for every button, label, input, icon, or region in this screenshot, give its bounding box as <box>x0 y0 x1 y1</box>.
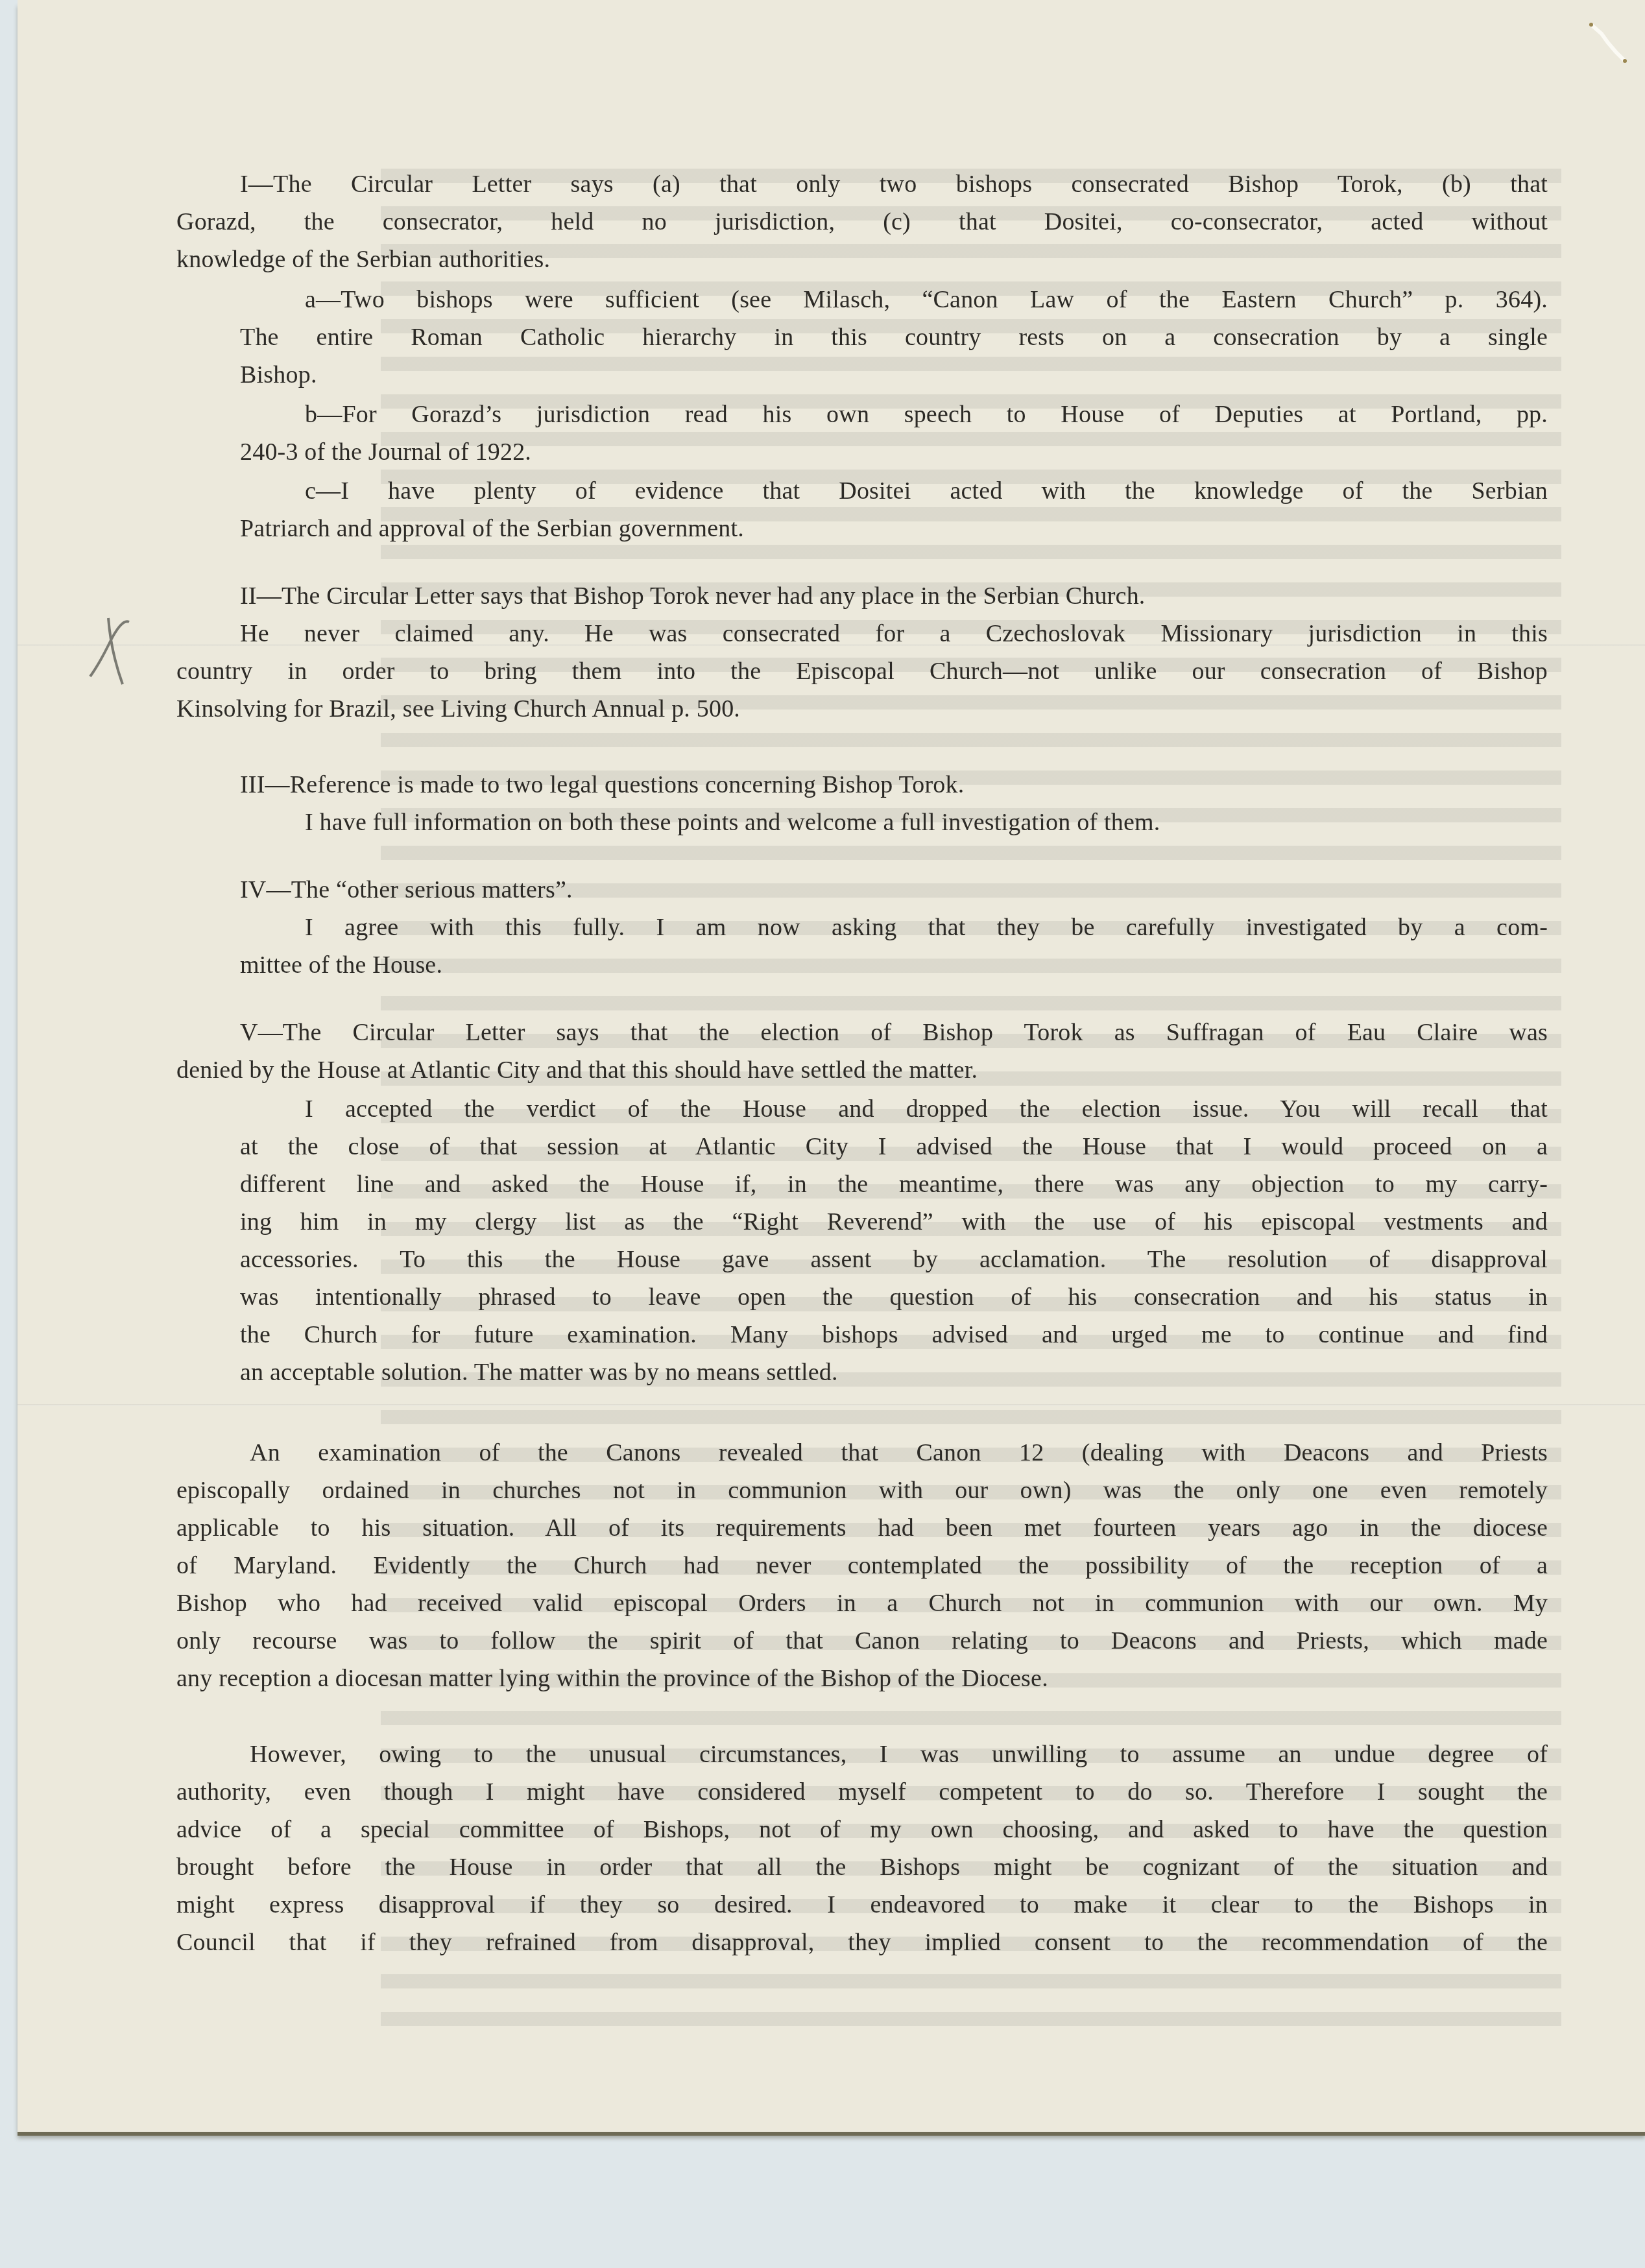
section-I-c-line-1: c—I have plenty of evidence that Dositei… <box>305 477 1548 505</box>
canons-paragraph-line-6: only recourse was to follow the spirit o… <box>176 1627 1548 1655</box>
section-II-line-1: II—The Circular Letter says that Bishop … <box>240 582 1146 610</box>
section-V-response-line-4: ing him in my clergy list as the “Right … <box>240 1208 1548 1236</box>
section-V-response-line-2: at the close of that session at Atlantic… <box>240 1132 1548 1161</box>
section-II-line-4: Kinsolving for Brazil, see Living Church… <box>176 695 740 723</box>
section-IV-line-1: IV—The “other serious matters”. <box>240 876 573 904</box>
section-V-response-line-1: I accepted the verdict of the House and … <box>305 1095 1548 1123</box>
section-II-line-2: He never claimed any. He was consecrated… <box>240 619 1548 648</box>
section-III-line-2: I have full information on both these po… <box>305 808 1160 837</box>
section-V-line-2: denied by the House at Atlantic City and… <box>176 1056 978 1084</box>
canons-paragraph-line-1: An examination of the Canons revealed th… <box>250 1438 1548 1467</box>
section-IV-line-2: I agree with this fully. I am now asking… <box>305 913 1548 942</box>
section-I-a-line-3: Bishop. <box>240 361 317 389</box>
section-V-line-1: V—The Circular Letter says that the elec… <box>240 1018 1548 1047</box>
section-V-response-line-8: an acceptable solution. The matter was b… <box>240 1358 838 1387</box>
canons-paragraph-line-2: episcopally ordained in churches not in … <box>176 1476 1548 1505</box>
section-I-a-line-2: The entire Roman Catholic hierarchy in t… <box>240 323 1548 352</box>
canons-paragraph-line-7: any reception a diocesan matter lying wi… <box>176 1664 1048 1693</box>
however-paragraph-line-2: authority, even though I might have cons… <box>176 1778 1548 1806</box>
section-I-a-line-1: a—Two bishops were sufficient (see Milas… <box>305 285 1548 314</box>
however-paragraph-line-6: Council that if they refrained from disa… <box>176 1928 1548 1957</box>
canons-paragraph-line-4: of Maryland. Evidently the Church had ne… <box>176 1551 1548 1580</box>
section-V-response-line-3: different line and asked the House if, i… <box>240 1170 1548 1199</box>
staple-mark-icon <box>1589 19 1627 65</box>
canons-paragraph-line-5: Bishop who had received valid episcopal … <box>176 1589 1548 1617</box>
section-I-b-line-1: b—For Gorazd’s jurisdiction read his own… <box>305 400 1548 429</box>
section-IV-line-3: mittee of the House. <box>240 951 442 979</box>
however-paragraph-line-4: brought before the House in order that a… <box>176 1853 1548 1881</box>
section-V-response-line-6: was intentionally phrased to leave open … <box>240 1283 1548 1311</box>
section-I-line-3: knowledge of the Serbian authorities. <box>176 245 550 274</box>
section-III-line-1: III—Reference is made to two legal quest… <box>240 770 964 799</box>
section-I-b-line-2: 240-3 of the Journal of 1922. <box>240 438 531 466</box>
fold-line-lower <box>18 1404 1645 1406</box>
canons-paragraph-line-3: applicable to his situation. All of its … <box>176 1514 1548 1542</box>
section-I-line-1: I—The Circular Letter says (a) that only… <box>240 170 1548 198</box>
section-I-c-line-2: Patriarch and approval of the Serbian go… <box>240 514 744 543</box>
however-paragraph-line-3: advice of a special committee of Bishops… <box>176 1815 1548 1844</box>
section-II-line-3: country in order to bring them into the … <box>176 657 1548 686</box>
however-paragraph-line-5: might express disapproval if they so des… <box>176 1891 1548 1919</box>
however-paragraph-line-1: However, owing to the unusual circumstan… <box>250 1740 1548 1769</box>
section-V-response-line-5: accessories. To this the House gave asse… <box>240 1245 1548 1274</box>
section-I-line-2: Gorazd, the consecrator, held no jurisdi… <box>176 208 1548 236</box>
pencil-x-mark-icon <box>82 613 134 691</box>
section-V-response-line-7: the Church for future examination. Many … <box>240 1320 1548 1349</box>
